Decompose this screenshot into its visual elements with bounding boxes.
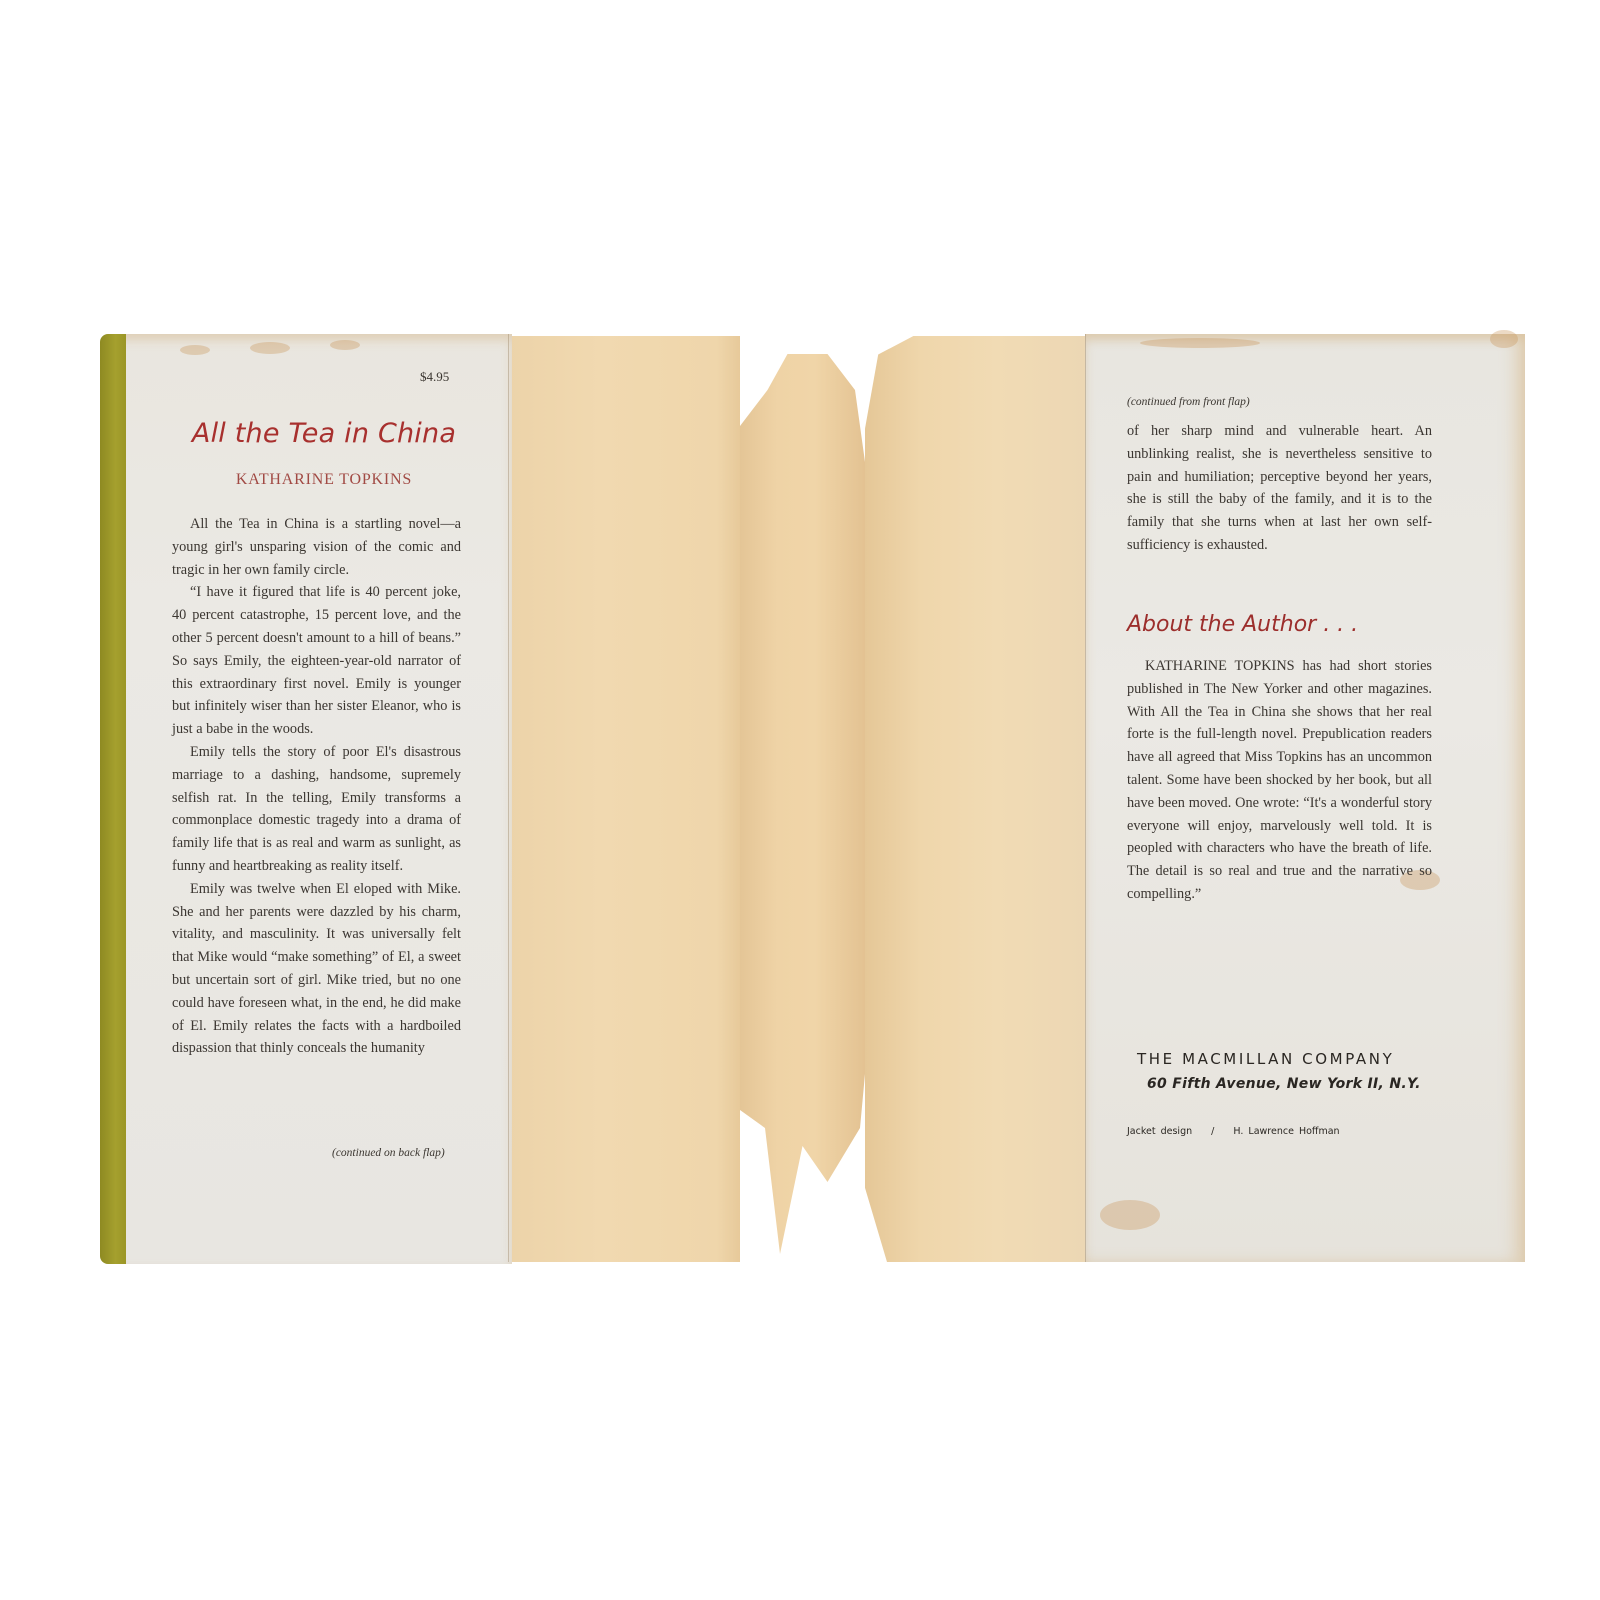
stain	[1140, 338, 1260, 348]
spine-inside	[740, 354, 865, 1254]
jacket-design-credit: Jacket design / H. Lawrence Hoffman	[1127, 1126, 1340, 1137]
continued-on-back-flap-note: (continued on back flap)	[332, 1147, 445, 1159]
about-author-text: KATHARINE TOPKINS has had short stories …	[1127, 655, 1432, 906]
front-flap-blurb: All the Tea in China is a startling nove…	[172, 513, 461, 1060]
inner-panel-right	[865, 336, 1085, 1262]
continued-from-front-flap-note: (continued from front flap)	[1127, 396, 1250, 408]
stain	[180, 345, 210, 355]
fold-line	[1085, 334, 1086, 1262]
stain	[250, 342, 290, 354]
author-name: KATHARINE TOPKINS	[104, 471, 544, 489]
blurb-paragraph: of her sharp mind and vulnerable heart. …	[1127, 420, 1432, 557]
dust-jacket: $4.95 All the Tea in China KATHARINE TOP…	[0, 0, 1600, 1600]
price-label: $4.95	[420, 369, 449, 385]
credit-label: Jacket design	[1127, 1126, 1192, 1137]
about-author-paragraph: KATHARINE TOPKINS has had short stories …	[1127, 655, 1432, 906]
blurb-paragraph: All the Tea in China is a startling nove…	[172, 513, 461, 581]
book-title: All the Tea in China	[104, 418, 544, 449]
stain	[330, 340, 360, 350]
credit-name: H. Lawrence Hoffman	[1233, 1126, 1339, 1137]
blurb-paragraph: Emily was twelve when El eloped with Mik…	[172, 878, 461, 1060]
blurb-paragraph: “I have it figured that life is 40 perce…	[172, 581, 461, 741]
about-author-heading: About the Author . . .	[1127, 612, 1358, 637]
blurb-paragraph: Emily tells the story of poor El's disas…	[172, 741, 461, 878]
stain	[1490, 330, 1518, 348]
back-flap-blurb: of her sharp mind and vulnerable heart. …	[1127, 420, 1432, 557]
credit-separator: /	[1211, 1126, 1214, 1137]
stain	[1100, 1200, 1160, 1230]
publisher-name: THE MACMILLAN COMPANY	[1137, 1050, 1394, 1068]
publisher-address: 60 Fifth Avenue, New York II, N.Y.	[1147, 1076, 1421, 1092]
